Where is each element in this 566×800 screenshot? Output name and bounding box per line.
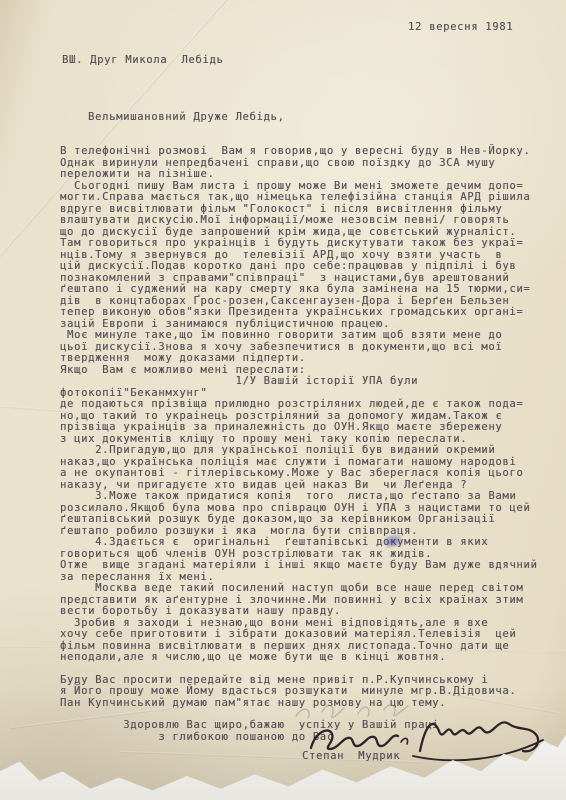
- scanned-letter-document: { "letter": { "date": "12 вересня 1981",…: [0, 0, 566, 800]
- paragraph-item-3: 3.Може також придатися копія того листа,…: [60, 491, 560, 537]
- paragraph-item-4: 4.Здається є оригінальні ґештапівські до…: [60, 537, 560, 583]
- letter-page: 12 вересня 1981 ВШ. Друг Микола Лебідь В…: [0, 0, 566, 800]
- letter-date: 12 вересня 1981: [408, 22, 513, 34]
- paragraph-plans: Зробив я заходи і незнаю,що вони мені ві…: [60, 618, 560, 664]
- paragraph-item-2: 2.Пригадую,що для української поліції бу…: [60, 445, 560, 491]
- paragraph-moscow: Москва веде такий посилений наступ щоби …: [60, 583, 560, 618]
- salutation-line: Вельмишановний Друже Лебідь,: [88, 112, 285, 124]
- paragraph-item-1: 1/У Вашій історії УПА були фотокопії"Бек…: [60, 376, 560, 445]
- sender-typed-name: Степан Мудрик: [302, 751, 400, 763]
- letter-body: В телефонічні розмові Вам я говорив,що у…: [60, 146, 560, 743]
- recipient-line: ВШ. Друг Микола Лебідь: [62, 55, 224, 67]
- paragraph-request: Сьогодні пишу Вам листа і прошу може Ви …: [60, 181, 560, 331]
- paragraph-intro: В телефонічні розмові Вам я говорив,що у…: [60, 146, 560, 181]
- paragraph-past: Моє минуле таке,що їм повинно говорити з…: [60, 330, 560, 376]
